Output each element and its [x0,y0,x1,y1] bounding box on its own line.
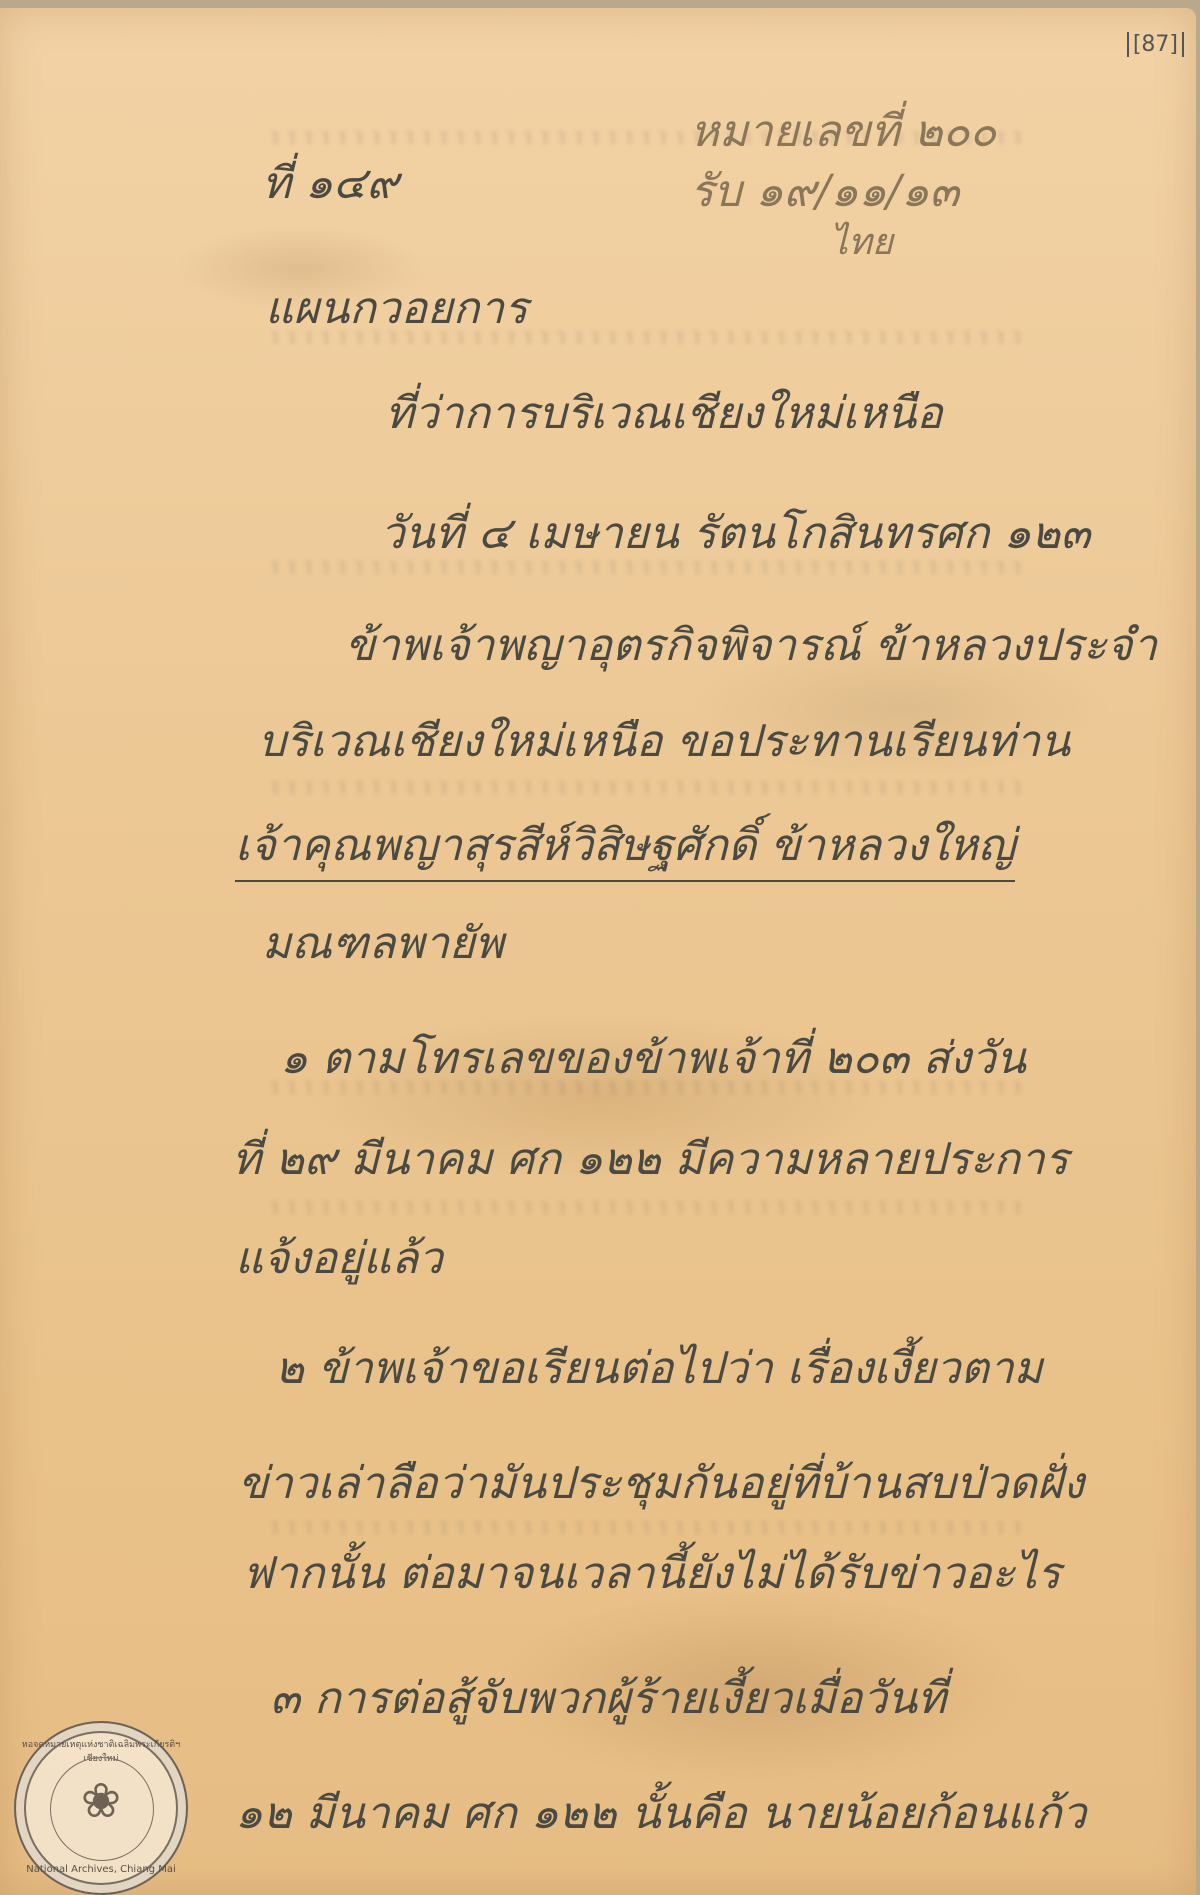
date-line: วันที่ ๔ เมษายน รัตนโกสินทรศก ๑๒๓ [380,498,1090,568]
body-line: บริเวณเชียงใหม่เหนือ ขอประทานเรียนท่าน [258,706,1070,776]
paragraph-2-line: ฟากนั้น ต่อมาจนเวลานี้ยังไม่ได้รับข่าวอะ… [242,1538,1061,1608]
paragraph-3-line: ๑๒ มีนาคม ศก ๑๒๒ นั้นคือ นายน้อยก้อนแก้ว [235,1778,1086,1848]
ganesha-emblem-icon: ❀ [16,1773,186,1829]
paragraph-1-line: ๑ ตามโทรเลขของข้าพเจ้าที่ ๒๐๓ ส่งวัน [280,1023,1026,1093]
paragraph-3-line: ๓ การต่อสู้จับพวกผู้ร้ายเงี้ยวเมื่อวันที… [270,1663,946,1733]
office-heading: ที่ว่าการบริเวณเชียงใหม่เหนือ [385,378,943,448]
paragraph-1-line: แจ้งอยู่แล้ว [235,1223,443,1293]
received-date: รับ ๑๙/๑๑/๑๓ [690,156,959,226]
body-line: มณฑลพายัพ [262,908,504,978]
folio-number: [87] [1127,32,1184,57]
archive-stamp: หอจดหมายเหตุแห่งชาติเฉลิมพระเกียรติฯ เชี… [14,1721,188,1895]
document-number: ที่ ๑๔๙ [262,148,398,218]
department-line: แผนกวอยการ [265,273,528,343]
body-line-recipient: เจ้าคุณพญาสุรสีห์วิสิษฐศักดิ์ ข้าหลวงใหญ… [235,810,1015,882]
paragraph-1-line: ที่ ๒๙ มีนาคม ศก ๑๒๒ มีความหลายประการ [232,1124,1068,1194]
manuscript-page: ıııııııııııııııııııııııııııııııııııııııı… [0,8,1196,1895]
paragraph-2-line: ๒ ข้าพเจ้าขอเรียนต่อไปว่า เรื่องเงี้ยวตา… [275,1333,1043,1403]
stamp-english-text: National Archives, Chiang Mai [16,1864,186,1875]
reference-note: ไทย [830,213,893,270]
body-line: ข้าพเจ้าพญาอุตรกิจพิจารณ์ ข้าหลวงประจำ [345,610,1157,680]
paragraph-2-line: ข่าวเล่าลือว่ามันประชุมกันอยู่ที่บ้านสบป… [238,1448,1084,1518]
